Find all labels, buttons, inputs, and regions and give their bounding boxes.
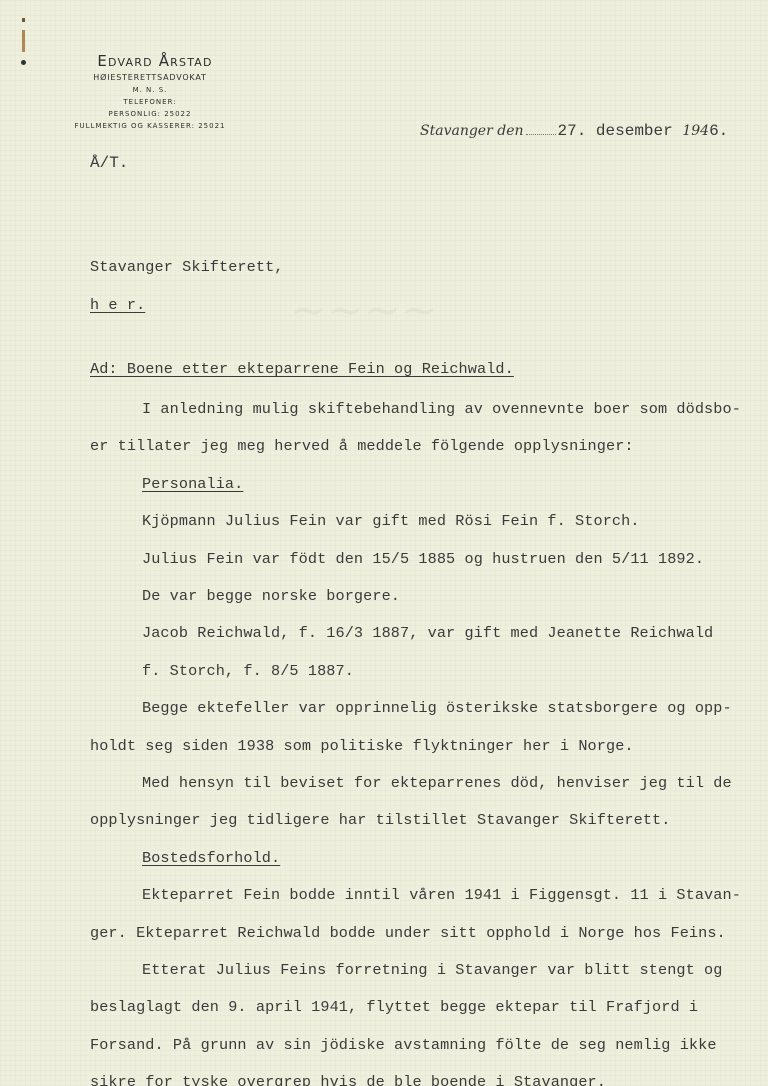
body-line: Forsand. På grunn av sin jödiske avstamn… (90, 1036, 717, 1054)
body-line: f. Storch, f. 8/5 1887. (142, 662, 354, 680)
date-year-typed: 6. (709, 122, 728, 140)
dateline: Stavanger den27. desember 1946. (420, 122, 728, 140)
letterhead-title: HØIESTERETTSADVOKAT (50, 73, 250, 82)
reference-initials: Å/T. (90, 154, 128, 172)
section-heading: Bostedsforhold. (142, 849, 280, 867)
letterhead: Edvard Årstad HØIESTERETTSADVOKAT M. N. … (50, 52, 250, 130)
letterhead-phone-personal: PERSONLIG: 25022 (50, 110, 250, 118)
subject-line: Ad: Boene etter ekteparrene Fein og Reic… (90, 360, 514, 378)
body-line: Julius Fein var födt den 15/5 1885 og hu… (142, 550, 704, 568)
recipient-location: h e r. (90, 296, 145, 314)
body-line: Kjöpmann Julius Fein var gift med Rösi F… (142, 512, 640, 530)
letterhead-phones-label: TELEFONER: (50, 98, 250, 106)
body-line: sikre for tyske overgrep hvis de ble boe… (90, 1073, 606, 1086)
body-line: Ekteparret Fein bodde inntil våren 1941 … (142, 886, 741, 904)
date-dotted-line (526, 134, 556, 135)
section-heading: Personalia. (142, 475, 243, 493)
body-line: ger. Ekteparret Reichwald bodde under si… (90, 924, 726, 942)
letterhead-membership: M. N. S. (50, 86, 250, 94)
body-line: I anledning mulig skiftebehandling av ov… (142, 400, 741, 418)
body-line: De var begge norske borgere. (142, 587, 400, 605)
body-line: Begge ektefeller var opprinnelig österik… (142, 699, 732, 717)
body-line: beslaglagt den 9. april 1941, flyttet be… (90, 998, 698, 1016)
body-line: holdt seg siden 1938 som politiske flykt… (90, 737, 634, 755)
date-day-month: 27. desember (558, 122, 673, 140)
body-line: er tillater jeg meg herved å meddele föl… (90, 437, 634, 455)
date-place: Stavanger den (420, 123, 524, 139)
body-line: Jacob Reichwald, f. 16/3 1887, var gift … (142, 624, 713, 642)
body-line: opplysninger jeg tidligere har tilstille… (90, 811, 670, 829)
body-line: Etterat Julius Feins forretning i Stavan… (142, 961, 722, 979)
date-year-printed: 194 (682, 123, 709, 139)
letterhead-name: Edvard Årstad (60, 52, 250, 70)
recipient-name: Stavanger Skifterett, (90, 258, 284, 276)
letter-page: ~~~~ Edvard Årstad HØIESTERETTSADVOKAT M… (0, 0, 768, 1086)
letterhead-phone-office: FULLMEKTIG OG KASSERER: 25021 (50, 122, 250, 130)
punch-hole-mark (22, 18, 25, 66)
paper-watermark: ~~~~ (290, 285, 480, 335)
body-line: Med hensyn til beviset for ekteparrenes … (142, 774, 732, 792)
